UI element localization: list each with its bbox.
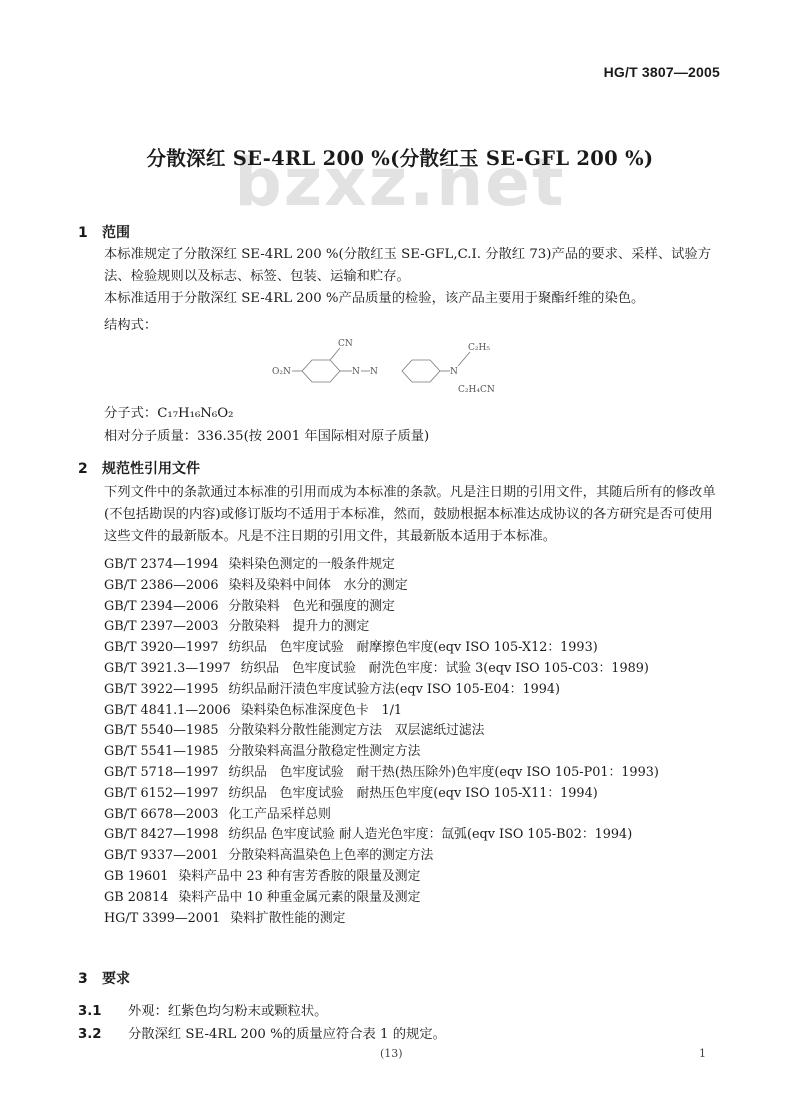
reference-title: 纺织品耐汗渍色牢度试验方法(eqv ISO 105-E04：1994) [228,682,560,697]
reference-code: GB/T 3922—1995 [104,680,218,701]
reference-item: GB/T 5540—1985分散染料分散性能测定方法 双层滤纸过滤法 [104,721,659,742]
reference-title: 纺织品 色牢度试验 耐摩擦色牢度(eqv ISO 105-X12：1993) [228,640,597,655]
reference-list: GB/T 2374—1994染料染色测定的一般条件规定 GB/T 2386—20… [104,555,659,929]
requirement-text: 分散深红 SE-4RL 200 %的质量应符合表 1 的规定。 [128,1027,446,1042]
reference-code: GB/T 4841.1—2006 [104,701,231,722]
cyanoethyl-group: C₂H₄CN [458,385,495,395]
reference-code: GB/T 3920—1997 [104,638,218,659]
reference-code: GB/T 2394—2006 [104,597,218,618]
reference-code: GB/T 3921.3—1997 [104,659,231,680]
reference-item: GB/T 5718—1997纺织品 色牢度试验 耐干热(热压除外)色牢度(eqv… [104,763,659,784]
reference-item: GB 19601染料产品中 23 种有害芳香胺的限量及测定 [104,867,659,888]
reference-item: GB/T 3921.3—1997纺织品 色牢度试验 耐洗色牢度：试验 3(eqv… [104,659,659,680]
reference-title: 分散染料高温分散稳定性测定方法 [228,744,420,759]
reference-item: GB/T 6678—2003化工产品采样总则 [104,805,659,826]
reference-title: 染料染色标准深度色卡 1/1 [241,703,402,718]
reference-item: GB/T 6152—1997纺织品 色牢度试验 耐热压色牢度(eqv ISO 1… [104,784,659,805]
footer-page-number-center: (13) [380,1047,403,1060]
reference-title: 分散染料 色光和强度的测定 [228,599,394,614]
reference-code: GB/T 6678—2003 [104,805,218,826]
section-number: 2 [78,461,102,477]
reference-title: 纺织品 色牢度试验 耐干热(热压除外)色牢度(eqv ISO 105-P01：1… [228,765,658,780]
scope-text-2: 本标准适用于分散深红 SE-4RL 200 %产品质量的检验，该产品主要用于聚酯… [78,288,722,310]
reference-code: GB/T 8427—1998 [104,825,218,846]
scope-paragraph-2: 本标准适用于分散深红 SE-4RL 200 %产品质量的检验，该产品主要用于聚酯… [78,288,722,310]
structure-label: 结构式： [104,314,157,333]
normative-intro: 下列文件中的条款通过本标准的引用而成为本标准的条款。凡是注日期的引用文件，其随后… [78,482,722,548]
reference-code: GB/T 5718—1997 [104,763,218,784]
section-title: 范围 [102,225,130,241]
reference-item: HG/T 3399—2001染料扩散性能的测定 [104,909,659,930]
reference-code: GB/T 2374—1994 [104,555,218,576]
reference-item: GB/T 2374—1994染料染色测定的一般条件规定 [104,555,659,576]
reference-code: GB 19601 [104,867,168,888]
reference-code: GB/T 6152—1997 [104,784,218,805]
reference-title: 染料产品中 10 种重金属元素的限量及测定 [178,890,420,905]
reference-title: 分散染料 提升力的测定 [228,619,369,634]
reference-code: HG/T 3399—2001 [104,909,220,930]
reference-title: 分散染料分散性能测定方法 双层滤纸过滤法 [228,723,484,738]
reference-item: GB/T 4841.1—2006染料染色标准深度色卡 1/1 [104,701,659,722]
scope-paragraph-1: 本标准规定了分散深红 SE-4RL 200 %(分散红玉 SE-GFL,C.I.… [78,244,722,288]
section-title: 要求 [102,971,130,987]
document-title: 分散深红 SE-4RL 200 %(分散红玉 SE-GFL 200 %) [0,143,800,171]
reference-item: GB/T 2386—2006染料及染料中间体 水分的测定 [104,576,659,597]
ethyl-group: C₂H₅ [468,343,490,353]
reference-item: GB 20814染料产品中 10 种重金属元素的限量及测定 [104,888,659,909]
requirement-item: 3.1外观：红紫色均匀粉末或颗粒状。 [78,1000,327,1019]
requirement-text: 外观：红紫色均匀粉末或颗粒状。 [128,1004,327,1019]
reference-code: GB/T 5541—1985 [104,742,218,763]
formula-label: 分子式： [104,406,157,421]
molecular-weight: 相对分子质量：336.35(按 2001 年国际相对原子质量) [104,425,429,444]
reference-code: GB 20814 [104,888,168,909]
reference-item: GB/T 8427—1998纺织品 色牢度试验 耐人造光色牢度：氙弧(eqv I… [104,825,659,846]
reference-title: 染料扩散性能的测定 [230,911,345,926]
reference-title: 化工产品采样总则 [228,807,330,822]
reference-item: GB/T 2394—2006分散染料 色光和强度的测定 [104,597,659,618]
reference-code: GB/T 5540—1985 [104,721,218,742]
reference-item: GB/T 9337—2001分散染料高温染色上色率的测定方法 [104,846,659,867]
reference-item: GB/T 3920—1997纺织品 色牢度试验 耐摩擦色牢度(eqv ISO 1… [104,638,659,659]
reference-title: 纺织品 色牢度试验 耐热压色牢度(eqv ISO 105-X11：1994) [228,786,597,801]
section-number: 1 [78,225,102,241]
amine-nitrogen: N [450,367,458,377]
reference-item: GB/T 5541—1985分散染料高温分散稳定性测定方法 [104,742,659,763]
reference-code: GB/T 9337—2001 [104,846,218,867]
reference-title: 纺织品 色牢度试验 耐洗色牢度：试验 3(eqv ISO 105-C03：198… [241,661,649,676]
requirement-number: 3.1 [78,1004,128,1019]
reference-item: GB/T 3922—1995纺织品耐汗渍色牢度试验方法(eqv ISO 105-… [104,680,659,701]
standard-number: HG/T 3807—2005 [604,64,720,80]
formula-value: C₁₇H₁₆N₆O₂ [157,406,233,421]
chemical-structure-diagram: O₂N CN N N N C₂H₅ C₂H₄CN [270,330,540,400]
requirement-number: 3.2 [78,1027,128,1042]
footer-page-number: 1 [699,1047,706,1060]
reference-code: GB/T 2397—2003 [104,617,218,638]
scope-text-1: 本标准规定了分散深红 SE-4RL 200 %(分散红玉 SE-GFL,C.I.… [78,244,722,288]
reference-item: GB/T 2397—2003分散染料 提升力的测定 [104,617,659,638]
section-title: 规范性引用文件 [102,461,200,477]
reference-code: GB/T 2386—2006 [104,576,218,597]
reference-title: 染料及染料中间体 水分的测定 [228,578,407,593]
section-3-heading: 3要求 [78,968,130,988]
cyano-group: CN [338,339,353,349]
azo-n2: N [370,367,378,377]
section-2-heading: 2规范性引用文件 [78,458,200,478]
nitro-group: O₂N [272,367,291,377]
reference-title: 染料产品中 23 种有害芳香胺的限量及测定 [178,869,420,884]
requirement-item: 3.2分散深红 SE-4RL 200 %的质量应符合表 1 的规定。 [78,1023,446,1042]
reference-title: 纺织品 色牢度试验 耐人造光色牢度：氙弧(eqv ISO 105-B02：199… [228,827,632,842]
reference-title: 分散染料高温染色上色率的测定方法 [228,848,433,863]
azo-group: N [352,367,360,377]
normative-intro-text: 下列文件中的条款通过本标准的引用而成为本标准的条款。凡是注日期的引用文件，其随后… [78,482,722,548]
section-1-heading: 1范围 [78,222,130,242]
reference-title: 染料染色测定的一般条件规定 [228,557,394,572]
molecular-formula: 分子式：C₁₇H₁₆N₆O₂ [104,402,233,421]
section-number: 3 [78,971,102,987]
